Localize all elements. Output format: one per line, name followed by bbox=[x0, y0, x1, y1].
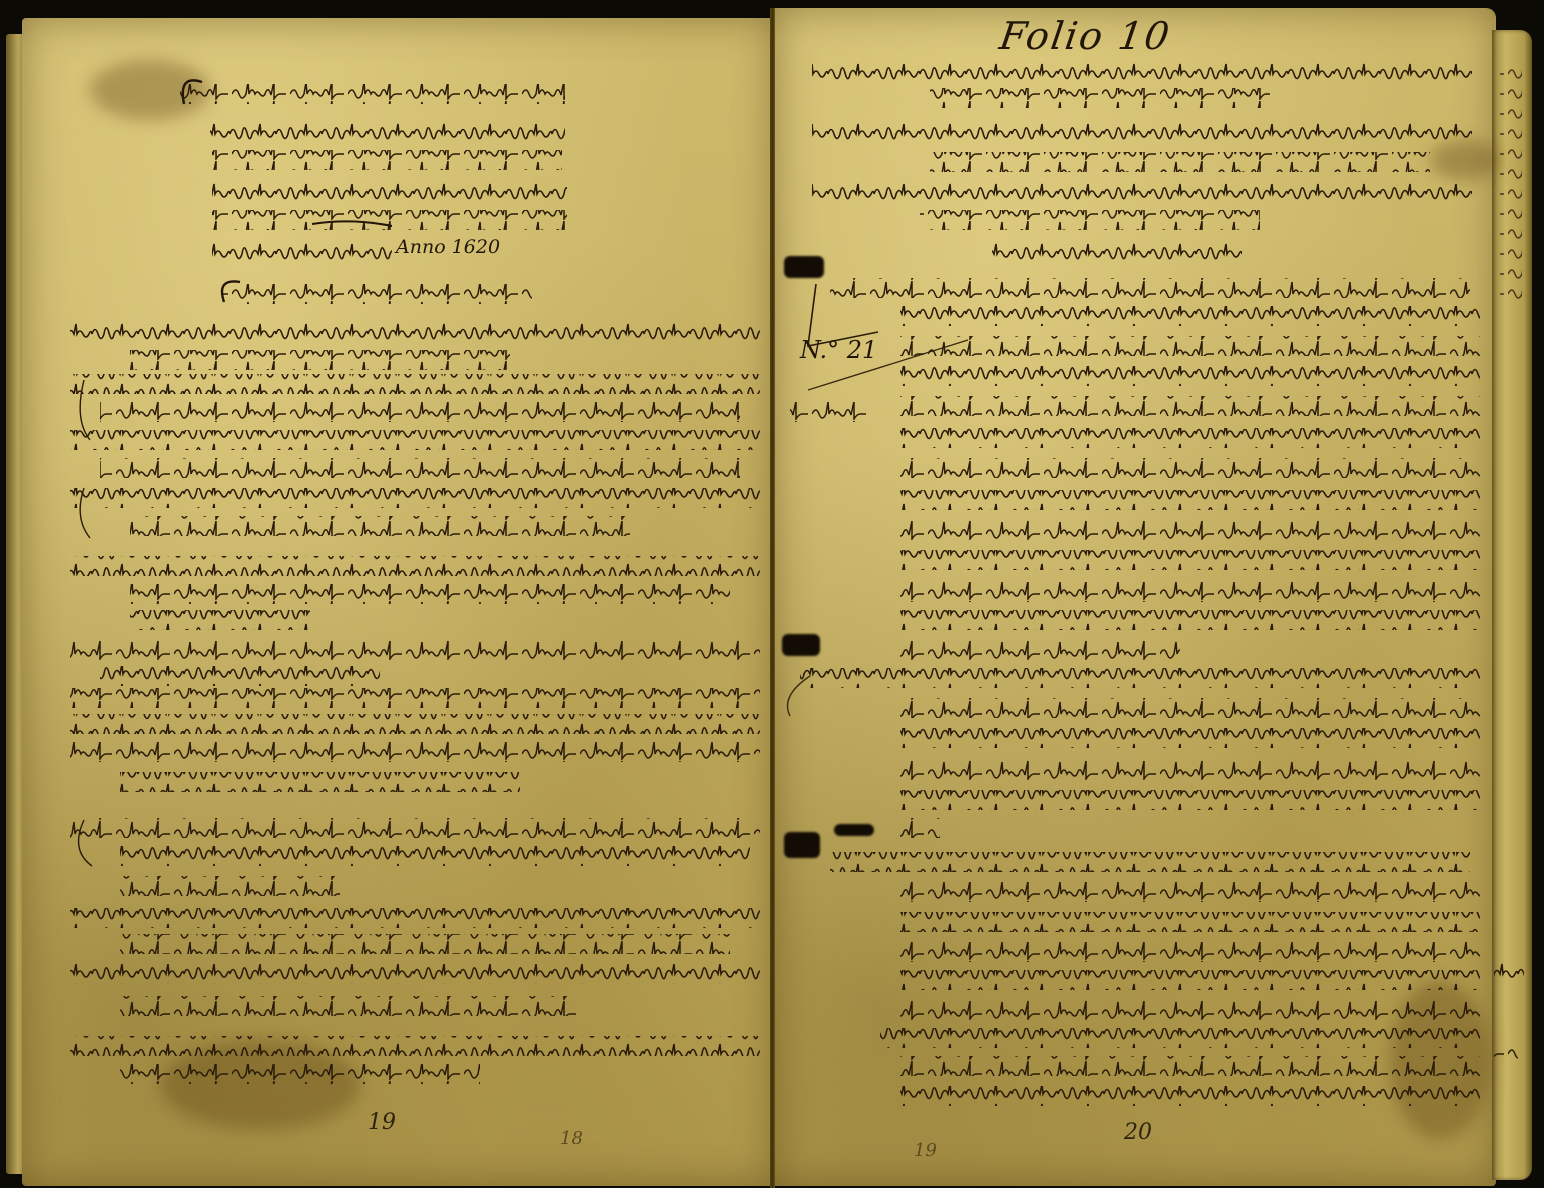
ink-blot bbox=[784, 832, 820, 858]
left-page bbox=[22, 18, 774, 1186]
right-page bbox=[774, 8, 1496, 1186]
right-page-fold-edge bbox=[1492, 30, 1532, 1180]
paper-stain bbox=[1390, 980, 1490, 1140]
margin-note-number: N.° 21 bbox=[800, 336, 877, 364]
page-number-left: 19 bbox=[368, 1110, 396, 1135]
paper-stain bbox=[90, 60, 210, 120]
page-number-right-faint: 19 bbox=[914, 1140, 937, 1161]
page-number-right: 20 bbox=[1124, 1120, 1152, 1145]
heading-date: Anno 1620 bbox=[396, 236, 500, 258]
paper-stain bbox=[1430, 140, 1500, 180]
ink-blot bbox=[834, 824, 874, 836]
ink-blot bbox=[784, 256, 824, 278]
paper-stain bbox=[160, 1040, 360, 1130]
binding-gutter bbox=[770, 8, 775, 1188]
page-number-left-faint: 18 bbox=[560, 1128, 583, 1149]
folio-title: Folio 10 bbox=[997, 14, 1174, 58]
ink-blot bbox=[782, 634, 820, 656]
